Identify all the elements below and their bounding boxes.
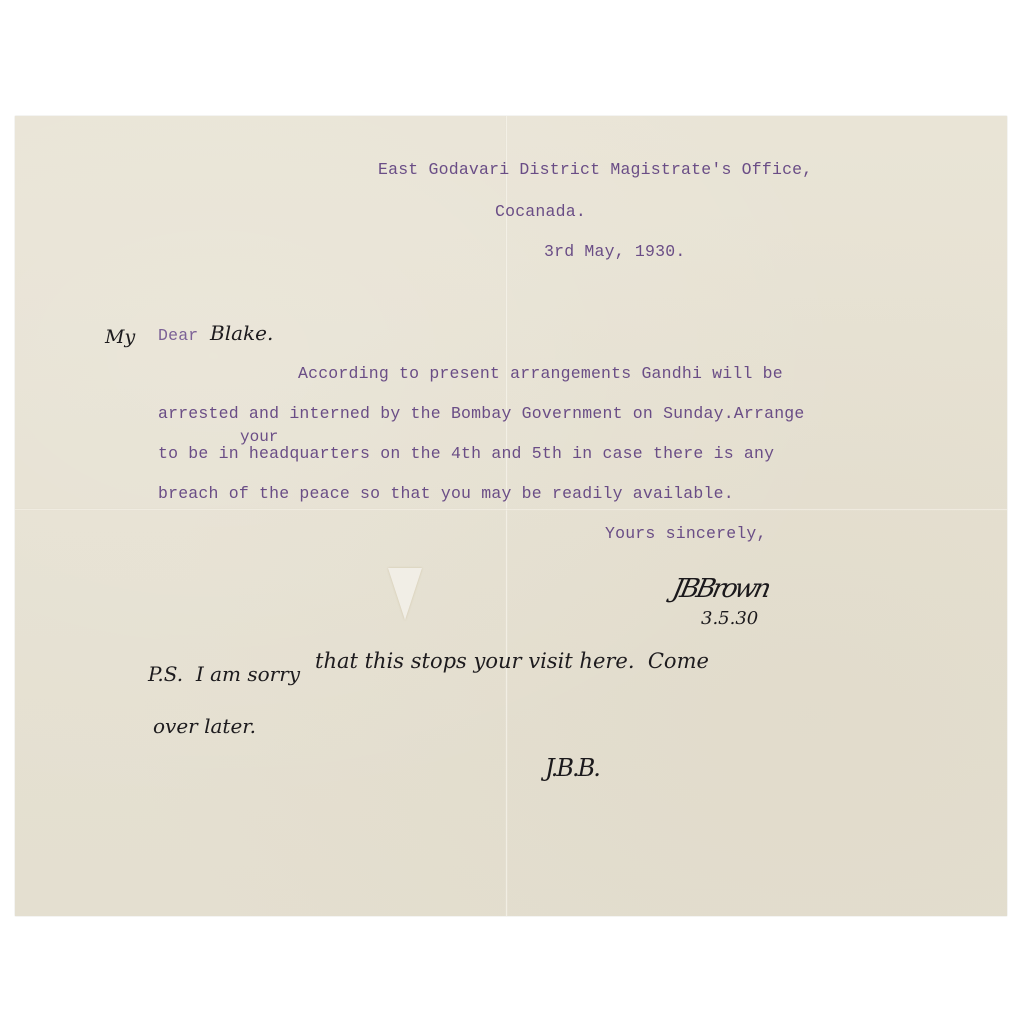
horizontal-fold-crease bbox=[15, 508, 1007, 511]
body-line-4: breach of the peace so that you may be r… bbox=[158, 486, 734, 503]
postscript-initials: J.B.B. bbox=[545, 756, 599, 780]
closing-yours-sincerely: Yours sincerely, bbox=[605, 526, 767, 543]
signature: JBBrown bbox=[670, 576, 770, 602]
salutation-typed-dear: Dear bbox=[158, 328, 198, 345]
body-insertion-your: your bbox=[240, 429, 278, 445]
postscript-line-1b: that this stops your visit here. Come bbox=[315, 651, 709, 672]
paper-stain-mark bbox=[388, 568, 422, 620]
letterhead-office: East Godavari District Magistrate's Offi… bbox=[378, 162, 812, 179]
signature-date-note: 3.5.30 bbox=[701, 610, 758, 628]
salutation-handwritten-my: My bbox=[105, 328, 135, 347]
body-line-2: arrested and interned by the Bombay Gove… bbox=[158, 406, 805, 423]
vertical-fold-crease bbox=[505, 116, 508, 916]
letterhead-place: Cocanada. bbox=[495, 204, 586, 221]
body-line-3: to be in headquarters on the 4th and 5th… bbox=[158, 446, 774, 463]
postscript-line-1a: P.S. I am sorry bbox=[148, 664, 300, 684]
body-line-1: According to present arrangements Gandhi… bbox=[298, 366, 783, 383]
letter-paper: East Godavari District Magistrate's Offi… bbox=[15, 116, 1007, 916]
letter-date: 3rd May, 1930. bbox=[544, 244, 685, 261]
salutation-handwritten-name: Blake. bbox=[210, 323, 273, 343]
postscript-line-2: over later. bbox=[153, 716, 256, 736]
image-stage: East Godavari District Magistrate's Offi… bbox=[0, 0, 1024, 1024]
